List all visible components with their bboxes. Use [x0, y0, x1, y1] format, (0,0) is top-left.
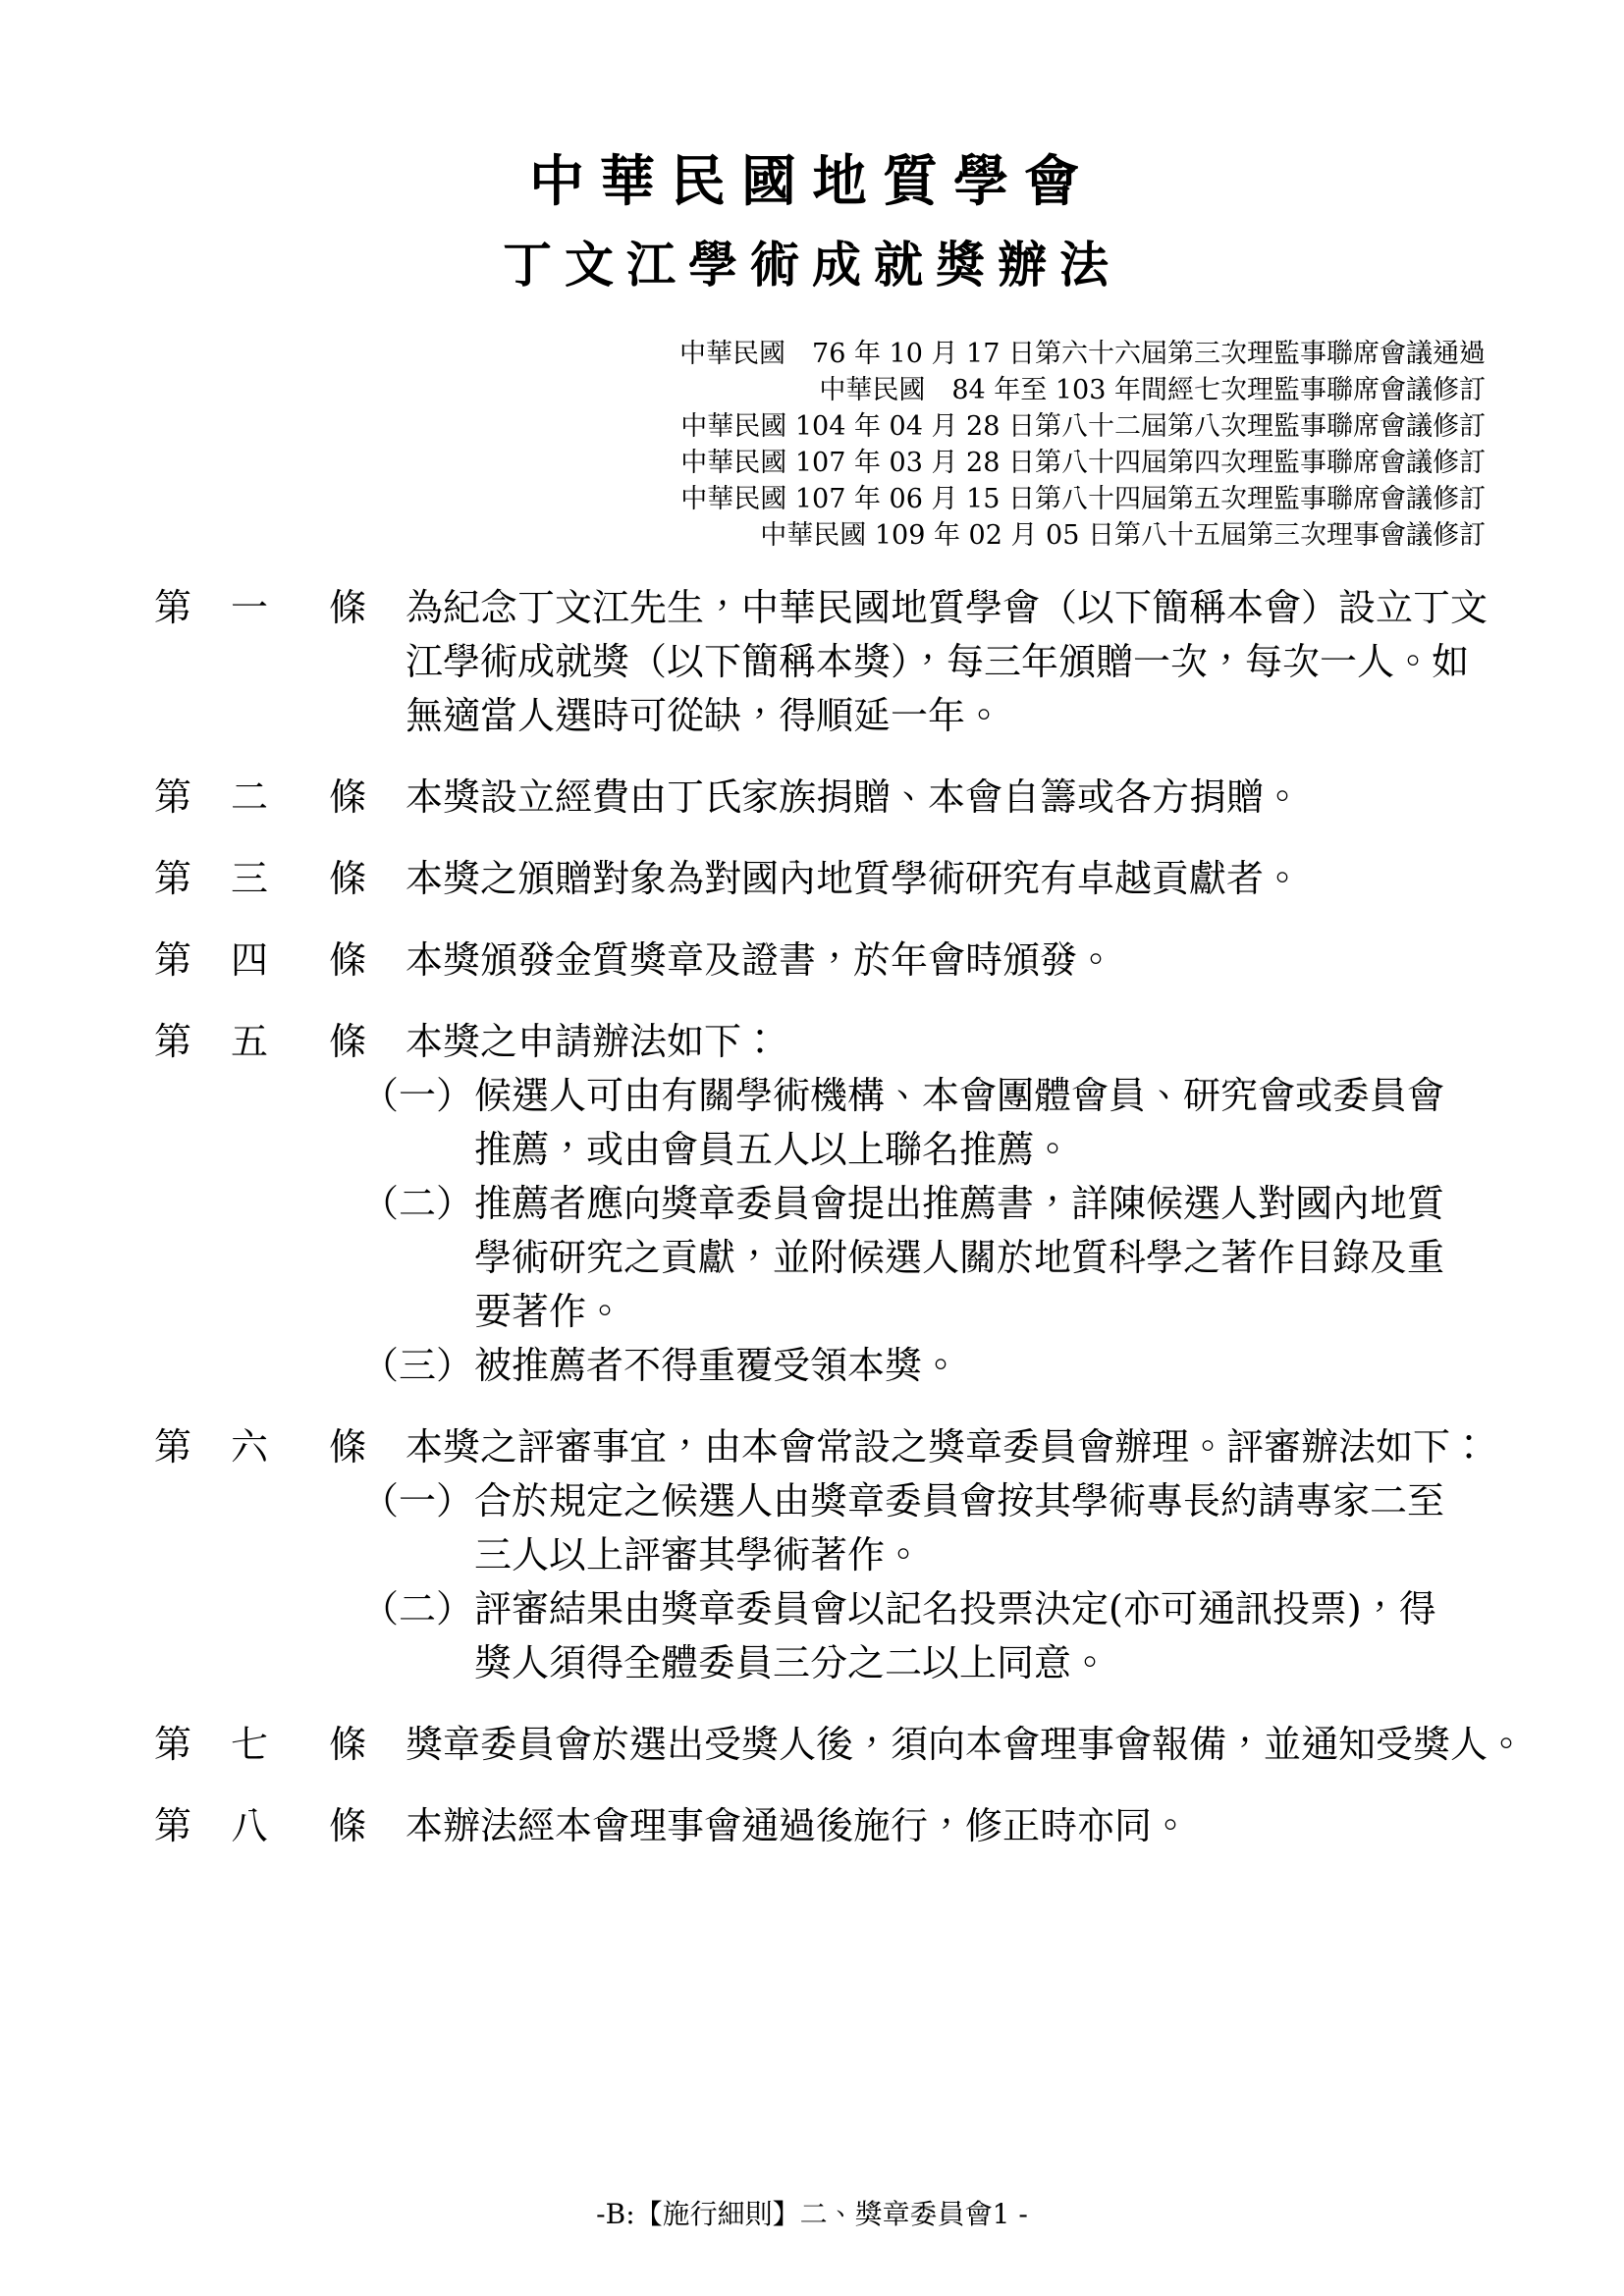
revision-line: 中華民國 84 年至 103 年間經七次理監事聯席會議修訂: [0, 372, 1486, 408]
revision-line: 中華民國 107 年 06 月 15 日第八十四屆第五次理監事聯席會議修訂: [0, 481, 1486, 517]
article-line: 獎章委員會於選出受獎人後，須向本會理事會報備，並通知受獎人。: [406, 1718, 1516, 1772]
article-number: 第八條: [154, 1799, 406, 1853]
article-line: 本辦法經本會理事會通過後施行，修正時亦同。: [406, 1799, 1516, 1853]
article-number-suffix: 條: [329, 775, 366, 819]
article-line: 本獎之評審事宜，由本會常設之獎章委員會辦理。評審辦法如下：: [406, 1420, 1516, 1474]
item-line: 合於規定之候選人由獎章委員會按其學術專長約請專家二至: [474, 1474, 1516, 1528]
item-marker: （二）: [361, 1177, 474, 1339]
item-marker: （一）: [361, 1474, 474, 1582]
revision-line: 中華民國 76 年 10 月 17 日第六十六屆第三次理監事聯席會議通過: [0, 336, 1486, 372]
article: 第八條本辦法經本會理事會通過後施行，修正時亦同。: [154, 1799, 1516, 1853]
item-line: 評審結果由獎章委員會以記名投票決定(亦可通訊投票)，得: [474, 1582, 1516, 1636]
article-body: 本獎之評審事宜，由本會常設之獎章委員會辦理。評審辦法如下：（一）合於規定之候選人…: [406, 1420, 1516, 1690]
item-line: 推薦者應向獎章委員會提出推薦書，詳陳候選人對國內地質: [474, 1177, 1516, 1231]
article-number-prefix: 第: [154, 1804, 191, 1847]
article-body: 本辦法經本會理事會通過後施行，修正時亦同。: [406, 1799, 1516, 1853]
article-body: 本獎之頒贈對象為對國內地質學術研究有卓越貢獻者。: [406, 852, 1516, 906]
item-lines: 合於規定之候選人由獎章委員會按其學術專長約請專家二至三人以上評審其學術著作。: [474, 1474, 1516, 1582]
item-line: 被推薦者不得重覆受領本獎。: [474, 1339, 1516, 1393]
article-line: 本獎之申請辦法如下：: [406, 1015, 1516, 1069]
article-number-suffix: 條: [329, 586, 366, 629]
article: 第四條本獎頒發金質獎章及證書，於年會時頒發。: [154, 934, 1516, 988]
article-line: 本獎設立經費由丁氏家族捐贈、本會自籌或各方捐贈。: [406, 771, 1516, 825]
revision-line: 中華民國 109 年 02 月 05 日第八十五屆第三次理事會議修訂: [0, 517, 1486, 554]
revision-history: 中華民國 76 年 10 月 17 日第六十六屆第三次理監事聯席會議通過中華民國…: [0, 336, 1624, 554]
article-line: 無適當人選時可從缺，得順延一年。: [406, 689, 1516, 743]
article-number-prefix: 第: [154, 1425, 191, 1468]
article-number-value: 二: [231, 775, 268, 819]
article-number-prefix: 第: [154, 1020, 191, 1063]
article-item: （一）合於規定之候選人由獎章委員會按其學術專長約請專家二至三人以上評審其學術著作…: [361, 1474, 1516, 1582]
article-body: 獎章委員會於選出受獎人後，須向本會理事會報備，並通知受獎人。: [406, 1718, 1516, 1772]
article-line: 江學術成就獎（以下簡稱本獎），每三年頒贈一次，每次一人。如: [406, 635, 1516, 689]
article-number-suffix: 條: [329, 1723, 366, 1766]
article-number: 第三條: [154, 852, 406, 906]
article-item: （二）評審結果由獎章委員會以記名投票決定(亦可通訊投票)，得獎人須得全體委員三分…: [361, 1582, 1516, 1690]
article-body: 本獎之申請辦法如下：（一）候選人可由有關學術機構、本會團體會員、研究會或委員會推…: [406, 1015, 1516, 1393]
item-lines: 候選人可由有關學術機構、本會團體會員、研究會或委員會推薦，或由會員五人以上聯名推…: [474, 1069, 1516, 1177]
article-line: 本獎頒發金質獎章及證書，於年會時頒發。: [406, 934, 1516, 988]
article-number-prefix: 第: [154, 857, 191, 900]
article-number-suffix: 條: [329, 1020, 366, 1063]
article-number-value: 四: [231, 938, 268, 982]
document-subtitle: 丁文江學術成就獎辦法: [0, 234, 1624, 296]
item-line: 獎人須得全體委員三分之二以上同意。: [474, 1636, 1516, 1690]
article-number-suffix: 條: [329, 1804, 366, 1847]
document-page: 中華民國地質學會 丁文江學術成就獎辦法 中華民國 76 年 10 月 17 日第…: [0, 0, 1624, 2296]
article-number-suffix: 條: [329, 938, 366, 982]
article-number-value: 一: [231, 586, 268, 629]
article-number-prefix: 第: [154, 938, 191, 982]
article-body: 本獎頒發金質獎章及證書，於年會時頒發。: [406, 934, 1516, 988]
revision-line: 中華民國 104 年 04 月 28 日第八十二屆第八次理監事聯席會議修訂: [0, 408, 1486, 445]
item-lines: 評審結果由獎章委員會以記名投票決定(亦可通訊投票)，得獎人須得全體委員三分之二以…: [474, 1582, 1516, 1690]
article-line: 為紀念丁文江先生，中華民國地質學會（以下簡稱本會）設立丁文: [406, 581, 1516, 635]
article-number-suffix: 條: [329, 1425, 366, 1468]
item-marker: （一）: [361, 1069, 474, 1177]
article-item: （二）推薦者應向獎章委員會提出推薦書，詳陳候選人對國內地質學術研究之貢獻，並附候…: [361, 1177, 1516, 1339]
item-line: 三人以上評審其學術著作。: [474, 1528, 1516, 1582]
articles-list: 第一條為紀念丁文江先生，中華民國地質學會（以下簡稱本會）設立丁文江學術成就獎（以…: [154, 581, 1624, 1853]
article: 第三條本獎之頒贈對象為對國內地質學術研究有卓越貢獻者。: [154, 852, 1516, 906]
page-footer: -B:【施行細則】二、獎章委員會1 -: [0, 2197, 1624, 2232]
item-line: 要著作。: [474, 1285, 1516, 1339]
article-body: 為紀念丁文江先生，中華民國地質學會（以下簡稱本會）設立丁文江學術成就獎（以下簡稱…: [406, 581, 1516, 743]
revision-line: 中華民國 107 年 03 月 28 日第八十四屆第四次理監事聯席會議修訂: [0, 445, 1486, 481]
article: 第五條本獎之申請辦法如下：（一）候選人可由有關學術機構、本會團體會員、研究會或委…: [154, 1015, 1516, 1393]
item-line: 學術研究之貢獻，並附候選人關於地質科學之著作目錄及重: [474, 1231, 1516, 1285]
item-lines: 被推薦者不得重覆受領本獎。: [474, 1339, 1516, 1393]
article-number-prefix: 第: [154, 586, 191, 629]
article: 第七條獎章委員會於選出受獎人後，須向本會理事會報備，並通知受獎人。: [154, 1718, 1516, 1772]
article-number: 第七條: [154, 1718, 406, 1772]
document-title: 中華民國地質學會: [0, 147, 1624, 216]
item-marker: （二）: [361, 1582, 474, 1690]
article-number: 第一條: [154, 581, 406, 743]
article-number-suffix: 條: [329, 857, 366, 900]
item-marker: （三）: [361, 1339, 474, 1393]
item-lines: 推薦者應向獎章委員會提出推薦書，詳陳候選人對國內地質學術研究之貢獻，並附候選人關…: [474, 1177, 1516, 1339]
article: 第二條本獎設立經費由丁氏家族捐贈、本會自籌或各方捐贈。: [154, 771, 1516, 825]
article-number-prefix: 第: [154, 1723, 191, 1766]
article-number: 第二條: [154, 771, 406, 825]
article-number-value: 五: [231, 1020, 268, 1063]
article-number-value: 六: [231, 1425, 268, 1468]
article-body: 本獎設立經費由丁氏家族捐贈、本會自籌或各方捐贈。: [406, 771, 1516, 825]
article-line: 本獎之頒贈對象為對國內地質學術研究有卓越貢獻者。: [406, 852, 1516, 906]
item-line: 候選人可由有關學術機構、本會團體會員、研究會或委員會: [474, 1069, 1516, 1123]
article: 第一條為紀念丁文江先生，中華民國地質學會（以下簡稱本會）設立丁文江學術成就獎（以…: [154, 581, 1516, 743]
article-number-prefix: 第: [154, 775, 191, 819]
article-number-value: 七: [231, 1723, 268, 1766]
article-item: （一）候選人可由有關學術機構、本會團體會員、研究會或委員會推薦，或由會員五人以上…: [361, 1069, 1516, 1177]
item-line: 推薦，或由會員五人以上聯名推薦。: [474, 1123, 1516, 1177]
article: 第六條本獎之評審事宜，由本會常設之獎章委員會辦理。評審辦法如下：（一）合於規定之…: [154, 1420, 1516, 1690]
article-number-value: 八: [231, 1804, 268, 1847]
article-number-value: 三: [231, 857, 268, 900]
article-item: （三）被推薦者不得重覆受領本獎。: [361, 1339, 1516, 1393]
article-number: 第四條: [154, 934, 406, 988]
